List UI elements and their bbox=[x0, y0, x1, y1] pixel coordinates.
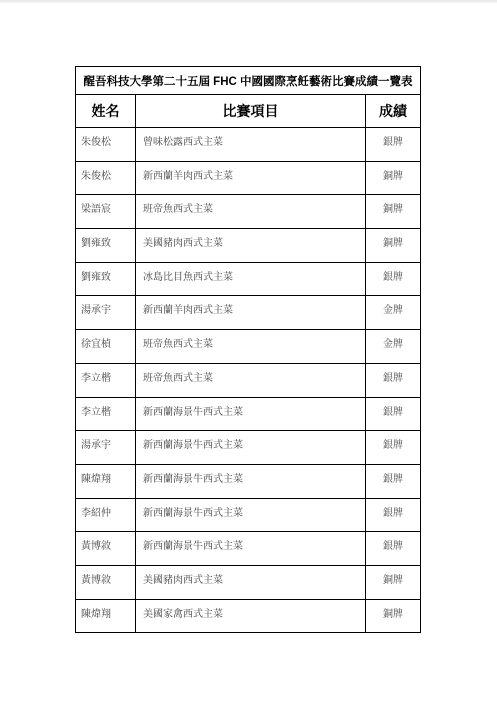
cell-event: 新西蘭海景牛西式主菜 bbox=[136, 464, 366, 498]
results-table-body: 朱俊松曾味松露西式主菜銀牌朱俊松新西蘭羊肉西式主菜銅牌梁語宸班帝魚西式主菜銅牌劉… bbox=[76, 128, 421, 633]
cell-name: 李紹仲 bbox=[76, 498, 136, 532]
table-row: 徐宜楨班帝魚西式主菜金牌 bbox=[76, 330, 421, 364]
cell-event: 新西蘭海景牛西式主菜 bbox=[136, 532, 366, 566]
cell-result: 銅牌 bbox=[366, 565, 421, 599]
document-title: 醒吾科技大學第二十五屆 FHC 中國國際烹飪藝術比賽成績一覽表 bbox=[76, 67, 421, 95]
page-top-edge bbox=[0, 0, 497, 3]
cell-event: 班帝魚西式主菜 bbox=[136, 195, 366, 229]
table-row: 梁語宸班帝魚西式主菜銅牌 bbox=[76, 195, 421, 229]
table-row: 黃博敘新西蘭海景牛西式主菜銀牌 bbox=[76, 532, 421, 566]
cell-result: 銅牌 bbox=[366, 161, 421, 195]
cell-name: 朱俊松 bbox=[76, 128, 136, 162]
cell-name: 劉雍致 bbox=[76, 262, 136, 296]
cell-name: 李立楷 bbox=[76, 363, 136, 397]
cell-result: 金牌 bbox=[366, 330, 421, 364]
table-row: 李紹仲新西蘭海景牛西式主菜銀牌 bbox=[76, 498, 421, 532]
table-row: 李立楷班帝魚西式主菜銀牌 bbox=[76, 363, 421, 397]
cell-name: 劉雍致 bbox=[76, 229, 136, 263]
column-header-result: 成績 bbox=[366, 95, 421, 128]
column-header-event: 比賽項目 bbox=[136, 95, 366, 128]
table-row: 李立楷新西蘭海景牛西式主菜銀牌 bbox=[76, 397, 421, 431]
header-row: 姓名 比賽項目 成績 bbox=[76, 95, 421, 128]
cell-event: 新西蘭海景牛西式主菜 bbox=[136, 498, 366, 532]
cell-result: 銀牌 bbox=[366, 498, 421, 532]
cell-event: 美國家禽西式主菜 bbox=[136, 599, 366, 633]
cell-event: 新西蘭海景牛西式主菜 bbox=[136, 397, 366, 431]
cell-event: 新西蘭羊肉西式主菜 bbox=[136, 296, 366, 330]
table-row: 朱俊松曾味松露西式主菜銀牌 bbox=[76, 128, 421, 162]
cell-event: 新西蘭羊肉西式主菜 bbox=[136, 161, 366, 195]
cell-result: 銀牌 bbox=[366, 431, 421, 465]
cell-event: 曾味松露西式主菜 bbox=[136, 128, 366, 162]
table-row: 陳煒翔美國家禽西式主菜銅牌 bbox=[76, 599, 421, 633]
table-row: 黃博敘美國豬肉西式主菜銅牌 bbox=[76, 565, 421, 599]
cell-result: 金牌 bbox=[366, 296, 421, 330]
cell-name: 黃博敘 bbox=[76, 565, 136, 599]
cell-result: 銀牌 bbox=[366, 128, 421, 162]
cell-result: 銅牌 bbox=[366, 599, 421, 633]
cell-event: 新西蘭海景牛西式主菜 bbox=[136, 431, 366, 465]
table-row: 陳煒翔新西蘭海景牛西式主菜銀牌 bbox=[76, 464, 421, 498]
column-header-name: 姓名 bbox=[76, 95, 136, 128]
cell-event: 美國豬肉西式主菜 bbox=[136, 229, 366, 263]
cell-result: 銀牌 bbox=[366, 262, 421, 296]
cell-event: 美國豬肉西式主菜 bbox=[136, 565, 366, 599]
cell-result: 銀牌 bbox=[366, 363, 421, 397]
cell-name: 湯承宇 bbox=[76, 296, 136, 330]
table-row: 湯承宇新西蘭羊肉西式主菜金牌 bbox=[76, 296, 421, 330]
table-row: 劉雍致美國豬肉西式主菜銅牌 bbox=[76, 229, 421, 263]
cell-result: 銀牌 bbox=[366, 397, 421, 431]
cell-name: 徐宜楨 bbox=[76, 330, 136, 364]
cell-name: 湯承宇 bbox=[76, 431, 136, 465]
cell-name: 梁語宸 bbox=[76, 195, 136, 229]
title-row: 醒吾科技大學第二十五屆 FHC 中國國際烹飪藝術比賽成績一覽表 bbox=[76, 67, 421, 95]
cell-result: 銅牌 bbox=[366, 195, 421, 229]
cell-result: 銅牌 bbox=[366, 229, 421, 263]
cell-event: 班帝魚西式主菜 bbox=[136, 330, 366, 364]
cell-name: 李立楷 bbox=[76, 397, 136, 431]
cell-name: 黃博敘 bbox=[76, 532, 136, 566]
cell-name: 陳煒翔 bbox=[76, 599, 136, 633]
cell-event: 冰島比目魚西式主菜 bbox=[136, 262, 366, 296]
document-page: 醒吾科技大學第二十五屆 FHC 中國國際烹飪藝術比賽成績一覽表 姓名 比賽項目 … bbox=[0, 0, 497, 702]
table-row: 朱俊松新西蘭羊肉西式主菜銅牌 bbox=[76, 161, 421, 195]
cell-result: 銀牌 bbox=[366, 464, 421, 498]
cell-name: 陳煒翔 bbox=[76, 464, 136, 498]
table-row: 劉雍致冰島比目魚西式主菜銀牌 bbox=[76, 262, 421, 296]
table-row: 湯承宇新西蘭海景牛西式主菜銀牌 bbox=[76, 431, 421, 465]
cell-name: 朱俊松 bbox=[76, 161, 136, 195]
results-table: 醒吾科技大學第二十五屆 FHC 中國國際烹飪藝術比賽成績一覽表 姓名 比賽項目 … bbox=[75, 66, 421, 633]
cell-event: 班帝魚西式主菜 bbox=[136, 363, 366, 397]
cell-result: 銀牌 bbox=[366, 532, 421, 566]
